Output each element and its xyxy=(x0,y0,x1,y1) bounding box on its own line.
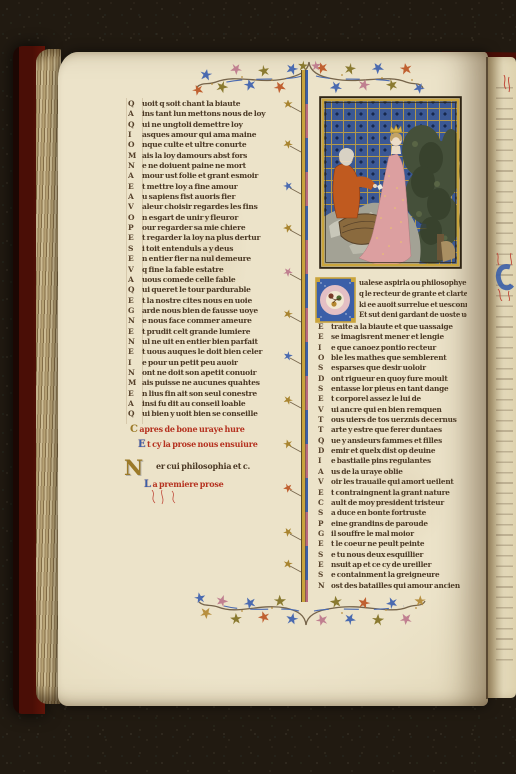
line-initial: S xyxy=(318,550,331,560)
line-initial: T xyxy=(318,415,331,425)
line-text: uoit q soit chant la biaute xyxy=(142,99,240,108)
line-text: emir et quelx dist op deuine xyxy=(331,446,435,455)
line-initial: E xyxy=(318,332,331,342)
manuscript-text-line: ki ee auoit surrelue et uesconne xyxy=(359,300,467,311)
line-text: ui bien y uoit bien se conseille xyxy=(142,409,258,418)
manuscript-text-line: Et le coeur ne peult peinte xyxy=(318,539,472,549)
line-initial: S xyxy=(318,363,331,373)
line-initial: C xyxy=(318,498,331,508)
line-text: e bastiaile pins regulantes xyxy=(331,456,431,465)
line-text: ue y ansieurs fammes et filles xyxy=(331,436,442,445)
line-initial: N xyxy=(128,161,142,171)
manuscript-text-line: Sa duce en bonte fortruste xyxy=(318,508,472,518)
line-text: n esgart de unir y fleuror xyxy=(142,213,238,222)
manuscript-text-line: Pour regarder sa mie chiere xyxy=(128,223,298,233)
line-text: us de la uraye oblie xyxy=(331,467,403,476)
line-text: mour ust folie et grant esmoir xyxy=(142,171,258,180)
line-text: ul ne uit en entier bien parfait xyxy=(142,337,258,346)
manuscript-text-line: Se containment la greigneure xyxy=(318,570,472,580)
line-initial: O xyxy=(318,353,331,363)
line-text: aleur choisir regardes les fins xyxy=(142,202,258,211)
line-initial: A xyxy=(128,171,142,181)
line-text: q le recteur de grante et clarte xyxy=(359,289,467,298)
manuscript-text-line: Mais puisse ne aucunes quahtes xyxy=(128,378,298,388)
manuscript-text-line: Voir les trauaile qui amort ueilent xyxy=(318,477,472,487)
manuscript-text-line: Sentasse lor pieus en tant dange xyxy=(318,384,472,394)
line-initial: E xyxy=(128,254,142,264)
line-initial: Q xyxy=(128,120,142,130)
line-text: ki ee auoit surrelue et uesconne xyxy=(359,300,467,309)
line-text: t prudit celt grande lumiere xyxy=(142,327,250,336)
line-text: ui ne ungtoli demettre loy xyxy=(142,120,243,129)
manuscript-text-line: Et regarder la loy na plus dertur xyxy=(128,233,298,243)
line-text: u sapiens fist auoris fier xyxy=(142,192,235,201)
facing-page-red-mark xyxy=(500,75,512,99)
manuscript-text-line: Auous comede celle fable xyxy=(128,275,298,285)
manuscript-text-line: Que y ansieurs fammes et filles xyxy=(318,436,472,446)
rubric-text: a premiere prose xyxy=(152,479,223,489)
rubric-initial: E xyxy=(138,439,145,450)
line-text: i toit entenduls a y deus xyxy=(142,244,233,253)
manuscript-text-line: Qui bien y uoit bien se conseille xyxy=(128,409,298,419)
line-initial: E xyxy=(128,182,142,192)
rubric-line-3: er cui philosophia et c. xyxy=(156,461,250,471)
manuscript-text-line: Vui ancre qui en bien remquen xyxy=(318,405,472,415)
left-text-column: Quoit q soit chant la biaute Ains tant l… xyxy=(128,99,298,420)
manuscript-text-line: Garde nous bien de fausse uoye xyxy=(128,306,298,316)
line-initial: A xyxy=(318,467,331,477)
manuscript-text-line: Ains tant lun mettons nous de loy xyxy=(128,109,298,119)
line-text: ont rigueur en quoy fure moult xyxy=(331,374,448,383)
line-text: uous comede celle fable xyxy=(142,275,235,284)
line-initial: E xyxy=(128,347,142,357)
bar-border-divider xyxy=(301,70,308,602)
line-text: e containment la greigneure xyxy=(331,570,439,579)
line-text: e pour un petit peu auoir xyxy=(142,358,238,367)
manuscript-text-line: Et corporel assez le lui de xyxy=(318,394,472,404)
facing-page-faint-text xyxy=(496,87,513,667)
line-text: ui queret le tour pardurable xyxy=(142,285,251,294)
line-text: e que canoez pontio recteur xyxy=(331,343,436,352)
rubric-line-2: E t cy la prose nous ensuiure xyxy=(138,439,258,450)
line-text: ins tant lun mettons nous de loy xyxy=(142,109,265,118)
manuscript-text-line: On esgart de unir y fleuror xyxy=(128,213,298,223)
line-text: arde nous bien de fausse uoye xyxy=(142,306,258,315)
line-initial: A xyxy=(128,109,142,119)
manuscript-text-line: Ie que canoez pontio recteur xyxy=(318,343,472,353)
manuscript-text-line: Tous uiers de tos uerznis decernus xyxy=(318,415,472,425)
line-text: ais la loy damours abst fors xyxy=(142,151,247,160)
line-text: t contraingnent la grant nature xyxy=(331,488,450,497)
rubric-initial: L xyxy=(144,479,151,490)
rubric-line-1: C apres de bone uraye hure xyxy=(130,424,245,435)
line-text: oir les trauaile qui amort ueilent xyxy=(331,477,454,486)
manuscript-text-line: Iasques amour qui ama maine xyxy=(128,130,298,140)
line-initial: A xyxy=(128,399,142,409)
line-initial: V xyxy=(128,265,142,275)
line-initial: N xyxy=(128,316,142,326)
line-initial: N xyxy=(128,337,142,347)
manuscript-text-line: Cault de moy president tristeur xyxy=(318,498,472,508)
manuscript-text-line: Ainsi fu dit au conseil loable xyxy=(128,399,298,409)
manuscript-text-line: Ese imagisrent mener et lengie xyxy=(318,332,472,342)
line-text: arte y estre que ferer duntaes xyxy=(331,425,442,434)
line-initial: S xyxy=(318,384,331,394)
manuscript-text-line: Mais la loy damours abst fors xyxy=(128,151,298,161)
facing-page-blue-initial xyxy=(494,251,515,301)
manuscript-text-line: Demir et quelx dist op deuine xyxy=(318,446,472,456)
line-initial: D xyxy=(318,374,331,384)
line-text: ous uiers de tos uerznis decernus xyxy=(331,415,457,424)
manuscript-text-line: Ie bastiaile pins regulantes xyxy=(318,456,472,466)
manuscript-text-line: Et sut deni gardant de uoste uegille xyxy=(359,310,467,321)
line-initial: M xyxy=(128,151,142,161)
manuscript-text-line: En entier fier na nul demeure xyxy=(128,254,298,264)
line-initial: E xyxy=(318,322,331,332)
manuscript-text-line: Se tu nous deux esquillier xyxy=(318,550,472,560)
manuscript-text-line: Et contraingnent la grant nature xyxy=(318,488,472,498)
line-text: e tu nous deux esquillier xyxy=(331,550,423,559)
line-initial: P xyxy=(318,519,331,529)
line-text: nsuit ap et ce cy de ureiller xyxy=(331,560,431,569)
line-initial: E xyxy=(128,233,142,243)
line-text: t regarder la loy na plus dertur xyxy=(142,233,260,242)
manuscript-text-line: Sesparses que desir uoloir xyxy=(318,363,472,373)
line-initial: G xyxy=(128,306,142,316)
manuscript-text-line: ualese aspirla ou philosophye xyxy=(359,278,467,289)
line-initial: A xyxy=(128,275,142,285)
manuscript-text-line: Valeur choisir regardes les fins xyxy=(128,202,298,212)
line-initial: I xyxy=(318,456,331,466)
manuscript-text-line: Et la nostre cites nous en uoie xyxy=(128,296,298,306)
line-text: asques amour qui ama maine xyxy=(142,130,256,139)
line-initial: Q xyxy=(318,436,331,446)
line-text: t uous auques le doit bien celer xyxy=(142,347,262,356)
line-text: t corporel assez le lui de xyxy=(331,394,421,403)
manuscript-text-line: Amour ust folie et grant esmoir xyxy=(128,171,298,181)
line-text: il souffre le mal moior xyxy=(331,529,414,538)
ruling-line xyxy=(126,98,127,424)
line-text: insi fu dit au conseil loable xyxy=(142,399,245,408)
line-text: Et sut deni gardant de uoste uegille xyxy=(359,310,467,319)
manuscript-text-line: Et prudit celt grande lumiere xyxy=(128,327,298,337)
line-text: t la nostre cites nous en uoie xyxy=(142,296,252,305)
line-initial: V xyxy=(318,405,331,415)
manuscript-text-line: Nul ne uit en entier bien parfait xyxy=(128,337,298,347)
manuscript-text-line: Ne ne doiuent paine ne mort xyxy=(128,161,298,171)
manuscript-text-line: En lius fin ait son seul conestre xyxy=(128,389,298,399)
rubric-initial: C xyxy=(130,424,138,435)
manuscript-text-line: Et mettre loy a fine amour xyxy=(128,182,298,192)
line-initial: E xyxy=(128,389,142,399)
line-initial: V xyxy=(318,477,331,487)
red-penwork-flourish xyxy=(148,490,188,506)
ivy-vine-border-bottom xyxy=(194,582,429,628)
rubric-text: t cy la prose nous ensuiure xyxy=(147,439,258,449)
line-text: n entier fier na nul demeure xyxy=(142,254,251,263)
manuscript-left-page: Quoit q soit chant la biaute Ains tant l… xyxy=(58,52,488,706)
rubric-line-4: L a premiere prose xyxy=(144,479,224,490)
line-text: ualese aspirla ou philosophye xyxy=(359,278,466,287)
manuscript-text-line: Etraite a la biaute et que uassaige xyxy=(318,322,472,332)
rubric-big-initial: N xyxy=(124,456,143,480)
manuscript-text-line: Ie pour un petit peu auoir xyxy=(128,358,298,368)
line-initial: Q xyxy=(128,285,142,295)
manuscript-text-line: Gil souffre le mal moior xyxy=(318,529,472,539)
line-text: ont ne doit son apetit conuoir xyxy=(142,368,256,377)
line-text: nque culte et ultre conurte xyxy=(142,140,246,149)
line-initial: V xyxy=(128,202,142,212)
rubric-text: er cui philosophia et c. xyxy=(156,461,250,471)
manuscript-text-line: q le recteur de grante et clarte xyxy=(359,289,467,300)
line-initial: Q xyxy=(128,99,142,109)
facing-page-sliver xyxy=(488,57,516,698)
line-initial: S xyxy=(318,508,331,518)
right-column-wrapped-lines: ualese aspirla ou philosophye q le recte… xyxy=(359,278,467,321)
manuscript-text-line: Au sapiens fist auoris fier xyxy=(128,192,298,202)
manuscript-text-line: Et uous auques le doit bien celer xyxy=(128,347,298,357)
manuscript-text-line: Aus de la uraye oblie xyxy=(318,467,472,477)
line-initial: M xyxy=(128,378,142,388)
line-initial: E xyxy=(128,296,142,306)
photograph-of-open-medieval-manuscript: { "manuscript": { "kind": "illuminated m… xyxy=(0,0,516,774)
line-initial: N xyxy=(128,368,142,378)
manuscript-text-line: Ensuit ap et ce cy de ureiller xyxy=(318,560,472,570)
line-initial: E xyxy=(318,539,331,549)
line-text: eine grandins de paroude xyxy=(331,519,428,528)
line-text: esparses que desir uoloir xyxy=(331,363,426,372)
line-text: entasse lor pieus en tant dange xyxy=(331,384,448,393)
line-text: traite a la biaute et que uassaige xyxy=(331,322,453,331)
line-text: ais puisse ne aucunes quahtes xyxy=(142,378,260,387)
line-text: ui ancre qui en bien remquen xyxy=(331,405,442,414)
line-text: e nous face commer ameure xyxy=(142,316,252,325)
miniature-painting xyxy=(319,96,462,269)
manuscript-text-line: Nont ne doit son apetit conuoir xyxy=(128,368,298,378)
line-initial: E xyxy=(318,488,331,498)
line-text: our regarder sa mie chiere xyxy=(142,223,245,232)
line-initial: I xyxy=(128,358,142,368)
line-initial: I xyxy=(128,130,142,140)
line-initial: E xyxy=(318,560,331,570)
line-initial: S xyxy=(318,570,331,580)
line-initial: Q xyxy=(128,409,142,419)
line-initial: D xyxy=(318,446,331,456)
line-text: ault de moy president tristeur xyxy=(331,498,444,507)
manuscript-text-line: Qui ne ungtoli demettre loy xyxy=(128,120,298,130)
line-initial: A xyxy=(128,192,142,202)
manuscript-text-line: Qui queret le tour pardurable xyxy=(128,285,298,295)
line-text: e ne doiuent paine ne mort xyxy=(142,161,246,170)
manuscript-text-line: Vq fine la fable estatre xyxy=(128,265,298,275)
rubric-text: apres de bone uraye hure xyxy=(139,424,244,434)
line-initial: T xyxy=(318,425,331,435)
line-text: n lius fin ait son seul conestre xyxy=(142,389,257,398)
illuminated-initial-Q xyxy=(315,277,356,323)
manuscript-text-line: Ne nous face commer ameure xyxy=(128,316,298,326)
line-initial: I xyxy=(318,343,331,353)
manuscript-text-line: Onque culte et ultre conurte xyxy=(128,140,298,150)
line-initial: O xyxy=(128,140,142,150)
line-initial: S xyxy=(128,244,142,254)
line-text: ble les mathes que semblerent xyxy=(331,353,446,362)
line-initial: P xyxy=(128,223,142,233)
manuscript-text-line: Oble les mathes que semblerent xyxy=(318,353,472,363)
manuscript-text-line: Peine grandins de paroude xyxy=(318,519,472,529)
line-text: t le coeur ne peult peinte xyxy=(331,539,424,548)
line-text: se imagisrent mener et lengie xyxy=(331,332,444,341)
line-text: t mettre loy a fine amour xyxy=(142,182,237,191)
manuscript-text-line: Dont rigueur en quoy fure moult xyxy=(318,374,472,384)
line-initial: O xyxy=(128,213,142,223)
line-initial: E xyxy=(128,327,142,337)
line-text: a duce en bonte fortruste xyxy=(331,508,426,517)
right-text-column: Etraite a la biaute et que uassaige Ese … xyxy=(318,322,472,591)
manuscript-text-line: Tarte y estre que ferer duntaes xyxy=(318,425,472,435)
line-initial: G xyxy=(318,529,331,539)
manuscript-text-line: Si toit entenduls a y deus xyxy=(128,244,298,254)
line-initial: E xyxy=(318,394,331,404)
manuscript-text-line: Quoit q soit chant la biaute xyxy=(128,99,298,109)
line-text: q fine la fable estatre xyxy=(142,265,224,274)
